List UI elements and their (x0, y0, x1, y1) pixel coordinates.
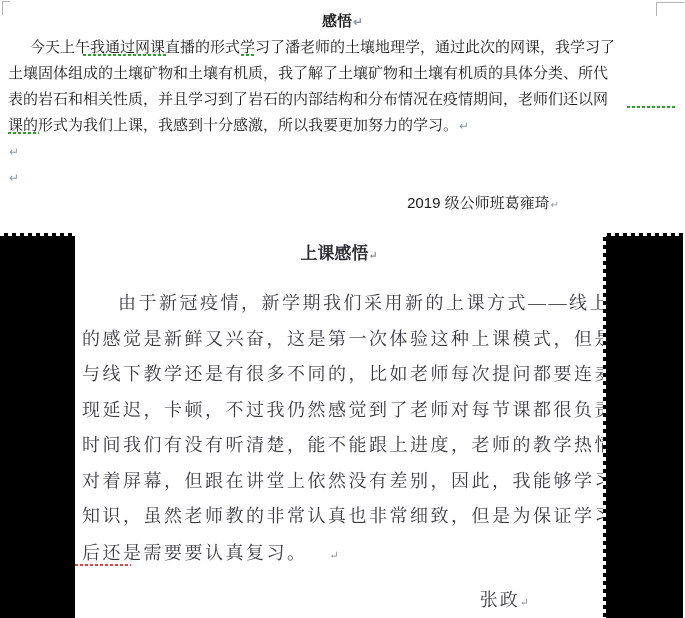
reflection-note: 感悟↵ 今天上午我通过网课直播的形式学习了潘老师的土壤地理学，通过此次的网课，我… (8, 9, 677, 217)
doc1-line: 今天上午我通过网课直播的形式学习了潘老师的土壤地理学，通过此次的网课，我学习了 (8, 35, 677, 61)
pilcrow-icon: ↵ (368, 250, 377, 262)
doc1-signature: 2019 级公师班葛雍琦 (407, 195, 550, 212)
doc1-title: 感悟 (322, 13, 352, 30)
pilcrow-icon: ↵ (8, 145, 19, 159)
doc2-line: 现延迟，卡顿，不过我仍然感觉到了老师对每节课都很负责，会时不 (82, 396, 598, 432)
doc2-body: 由于新冠疫情，新学期我们采用新的上课方式——线上教学，我的感觉是新鲜又兴奋，这是… (82, 289, 598, 538)
doc2-line: 时间我们有没有听清楚，能不能跟上进度，老师的教学热情，即使是 (82, 431, 598, 467)
pilcrow-icon: ↵ (458, 119, 469, 133)
doc2-line: 对着屏幕，但跟在讲堂上依然没有差别，因此，我能够学习到许多新 (82, 467, 598, 503)
doc2-line: 知识，虽然老师教的非常认真也非常细致，但是为保证学习效果，课 (82, 502, 598, 538)
doc2-line: 由于新冠疫情，新学期我们采用新的上课方式——线上教学，我 (82, 289, 598, 325)
doc2-title: 上课感悟 (300, 244, 368, 263)
doc2-signature: 张政 (480, 590, 520, 610)
doc2-line: 与线下教学还是有很多不同的，比如老师每次提问都要连麦，还会出 (82, 360, 598, 396)
pilcrow-icon: ↵ (520, 597, 531, 609)
doc1-line: 土壤固体组成的土壤矿物和土壤有机质，我了解了土壤矿物和土壤有机质的具体分类、所代 (8, 61, 677, 87)
doc1-line: 表的岩石和相关性质，并且学习到了岩石的内部结构和分布情况在疫情期间，老师们还以网 (8, 87, 677, 113)
photo-black-bar-left (0, 233, 75, 618)
doc2-signature-line: 张政↵ (75, 586, 603, 612)
photo-page: 上课感悟↵ 由于新冠疫情，新学期我们采用新的上课方式——线上教学，我的感觉是新鲜… (75, 233, 603, 618)
doc2-last-line: 后还是需要要认真复习。↵ (82, 539, 341, 565)
photo-black-bar-right (603, 233, 683, 618)
spellcheck-squiggle-red (75, 564, 131, 566)
doc2-last-line-text: 后还是需要要认真复习。 (82, 543, 308, 563)
word-document-page: 感悟↵ 今天上午我通过网课直播的形式学习了潘老师的土壤地理学，通过此次的网课，我… (0, 0, 685, 618)
spellcheck-squiggle-green (8, 132, 39, 134)
doc1-line: 课的形式为我们上课，我感到十分感激，所以我要更加努力的学习。↵ (8, 113, 677, 139)
pilcrow-icon: ↵ (330, 550, 342, 562)
pilcrow-icon: ↵ (352, 15, 363, 29)
doc1-empty-line: ↵ (8, 165, 677, 191)
spellcheck-squiggle-green (241, 54, 255, 56)
doc1-line-text: 课的形式为我们上课，我感到十分感激，所以我要更加努力的学习。 (8, 117, 458, 134)
doc2-title-line: 上课感悟↵ (75, 239, 603, 264)
embedded-photo-second-note[interactable]: 上课感悟↵ 由于新冠疫情，新学期我们采用新的上课方式——线上教学，我的感觉是新鲜… (0, 233, 683, 618)
doc1-signature-line: 2019 级公师班葛雍琦↵ (8, 191, 677, 217)
pilcrow-icon: ↵ (8, 171, 19, 185)
spellcheck-squiggle-green (83, 54, 168, 56)
doc1-empty-line: ↵ (8, 139, 677, 165)
doc1-title-line: 感悟↵ (8, 9, 677, 35)
pilcrow-icon: ↵ (550, 200, 559, 211)
doc2-line: 的感觉是新鲜又兴奋，这是第一次体验这种上课模式，但是线上教学 (82, 325, 598, 361)
spellcheck-squiggle-green (627, 106, 677, 108)
